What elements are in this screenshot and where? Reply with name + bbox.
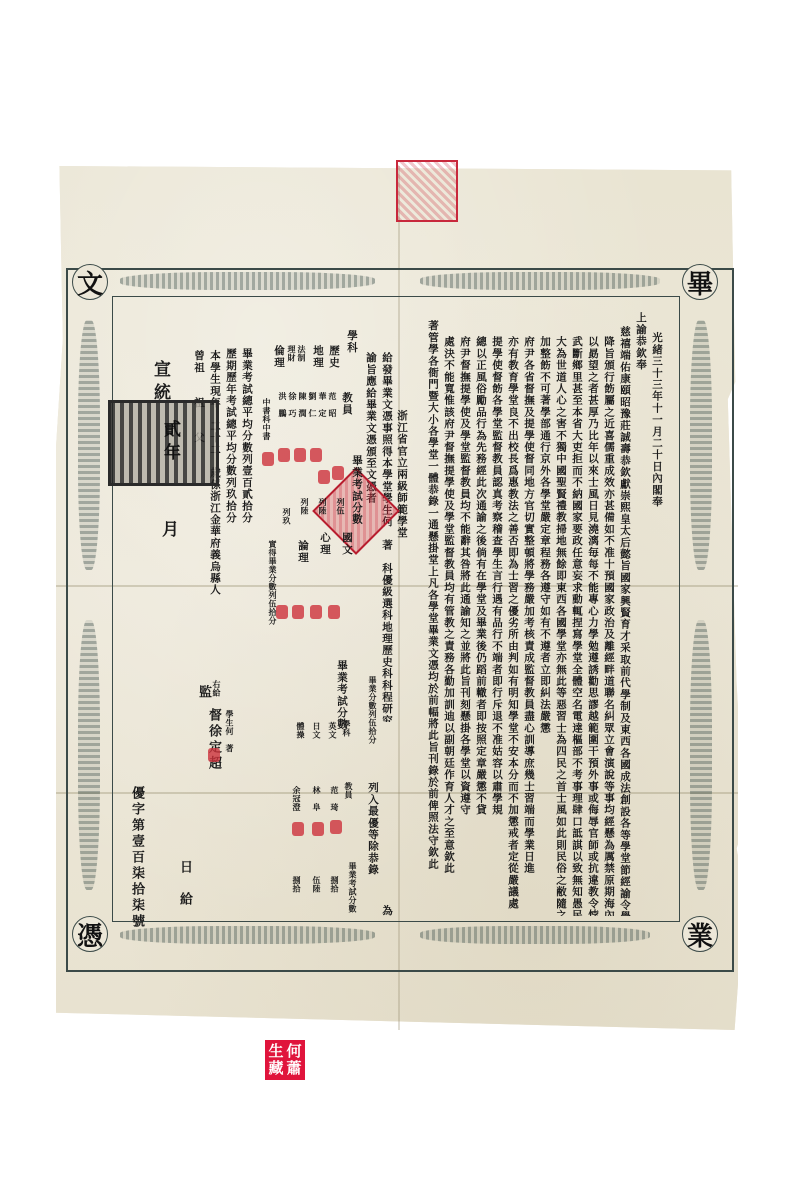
teacher-seal-lower	[330, 820, 342, 834]
teachers-heading: 教員	[340, 392, 353, 415]
era-month: 月	[158, 520, 178, 543]
dragon-band-left-upper	[78, 320, 100, 570]
edict-column: 亦有教育學堂良不出校長爲惠教法之善否即為士習之優劣所由判如有明知學堂不安本分而不…	[506, 336, 519, 916]
subject-pe: 體操	[296, 722, 306, 739]
score-value: 列陸	[300, 498, 310, 515]
score-value-bottom: 伍陸	[312, 876, 322, 893]
score-value-bottom: 捌拾	[292, 876, 302, 893]
subject-heading-lower: 學科	[342, 720, 352, 737]
teacher-name-lower: 范 琦	[330, 786, 340, 812]
edict-column: 降旨頒行飭屬之近喜儒重成效亦甚備如不准十預國家政治及離經畔道聯名糾眾立會演說等事…	[602, 336, 615, 916]
score-value: 列玖	[282, 508, 292, 525]
subject-japanese: 日文	[312, 722, 322, 739]
certificate-number: 優字第壹百柒拾柒號	[128, 786, 144, 930]
teacher-name: 華 定	[318, 392, 328, 418]
dragon-band-top-right	[420, 272, 660, 290]
score-value-bottom: 捌拾	[330, 876, 340, 893]
teacher-seal	[278, 448, 290, 462]
dragon-band-top-left	[120, 272, 375, 290]
edict-column: 府尹督撫提學使及學堂監督教員均不能辭其咎將此通諭知之並將此旨刊刻懸掛各學堂以資遵…	[458, 336, 471, 916]
dragon-band-left-lower	[78, 620, 100, 890]
school-name: 浙江省官立兩級師範學堂	[395, 410, 408, 539]
given-label: 給	[176, 892, 192, 908]
edict-heading: 上諭恭欽奉	[634, 312, 647, 371]
teacher-name-lower: 余冠澄	[292, 786, 302, 812]
graduation-score-lower: 畢業分數列伍拾分	[368, 676, 378, 744]
rank-seal	[328, 605, 340, 619]
edict-column: 總以正風俗勵品行為先務經此次通諭之後倘有在學堂及畢業後仍蹈前轍者即按照定章嚴懲不…	[474, 336, 487, 916]
subjects-heading: 學科	[345, 330, 358, 353]
score-value: 列陸	[318, 498, 328, 515]
teacher-seal	[294, 448, 306, 462]
teacher-seal	[262, 452, 274, 466]
seal-char: 藏	[267, 1060, 285, 1077]
score-value: 列伍	[336, 498, 346, 515]
teacher-name: 劉 仁	[308, 392, 318, 418]
teacher-seal-lower	[312, 822, 324, 836]
corner-character-bottom-right: 業	[682, 916, 718, 952]
subject-finance: 理財	[287, 345, 297, 362]
subject-logic: 論理	[296, 540, 309, 563]
teacher-name-lower: 林 阜	[312, 786, 322, 812]
subject-chinese: 國文	[340, 532, 353, 555]
teacher-seal-lower	[292, 822, 304, 836]
supervisor-label: 監	[195, 685, 211, 701]
subject-history: 歷史	[327, 345, 340, 368]
seal-char: 生	[267, 1043, 285, 1060]
rank-seal	[276, 605, 288, 619]
edict-column: 提學使督飭各學堂監督教員認真考察稽查學生言行遇有品行不端者即行斥退不准姑容以肅學…	[490, 336, 503, 916]
teachers-heading-lower: 教員	[344, 782, 354, 799]
dragon-band-bottom-left	[120, 926, 375, 944]
collector-seal: 生 何 藏 蕭	[265, 1040, 305, 1080]
edict-column: 處決不能寬惟該府尹督撫提學使及學堂監督教員均有管教之責務各勤加訓迪以副朝廷作育人…	[442, 336, 455, 916]
era-year: 貳年	[160, 420, 180, 466]
teacher-name: 洪 鵬	[278, 392, 288, 418]
corner-character-bottom-left: 憑	[72, 916, 108, 952]
edict-column: 以勗望之者甚厚乃比年以來士風日見澆漓毎每不能專心力學勉遵誘勸思謬越範圍干預外事或…	[586, 336, 599, 916]
subject-law: 法制	[297, 345, 307, 362]
teacher-seal	[310, 448, 322, 462]
student-name: 學生何 著	[225, 710, 235, 753]
teacher-seal	[318, 470, 330, 484]
teacher-name: 徐 巧	[288, 392, 298, 418]
day-label: 日	[176, 860, 192, 876]
rank-seal	[292, 605, 304, 619]
teacher-name: 陳 潤	[298, 392, 308, 418]
graduate-rank: 列入最優等除恭錄	[366, 782, 379, 876]
edict-column: 府尹各省督撫及提學使督同地方官切實整頓將學務嚴加考核責成監督教員盡心訓導庶幾士習…	[522, 336, 535, 916]
edict-date-line: 光緒三十三年十一月二十日內閣奉	[650, 332, 663, 508]
exam-score-label: 畢業考試分數	[350, 455, 363, 525]
subject-ethics: 倫理	[272, 345, 285, 368]
edict-column: 大為世道人心之害不獨中國聖賢禮教掃地無餘即東西各國學堂亦無此等惡習士為四民之首士…	[554, 336, 567, 916]
edict-column: 加整飭不可著學部通行京外各學堂嚴定章程務各遵守如有不遵者立即糾法嚴懲	[538, 336, 551, 916]
seal-char: 蕭	[285, 1060, 303, 1077]
exam-score-label-bottom: 畢業考試分數	[348, 862, 358, 913]
rank-seal	[310, 605, 322, 619]
teacher-seal	[332, 466, 344, 480]
dragon-band-right-upper	[690, 320, 712, 570]
subject-psychology: 心理	[318, 532, 331, 555]
dragon-band-right-lower	[690, 620, 712, 890]
teacher-name: 范 昭	[328, 392, 338, 418]
top-official-seal	[396, 160, 458, 222]
edict-column: 慈禧端佑康頤昭豫莊誠壽恭欽獻崇熙皇太后懿旨國家興賢育才采取前代學制及東西各國成法…	[618, 326, 631, 916]
corner-character-top-left: 文	[72, 264, 108, 300]
certification-text: 給發畢業文憑事照得本學堂學生何 著 科優級選科地理歷史科科程研究畢業計算畢業分數…	[380, 352, 393, 722]
seal-char: 何	[285, 1043, 303, 1060]
edict-column: 著管學各衙門暨大小各學堂一體恭錄一通懸掛堂上凡各學堂畢業文憑均於前幅將此旨刊錄於…	[426, 320, 439, 916]
corner-character-top-right: 畢	[682, 264, 718, 300]
subject-english: 英文	[328, 722, 338, 739]
supervisor-name: 督徐定超	[205, 708, 221, 772]
student-score-line: 畢業考試總平均分數列壹百貳拾分	[240, 348, 253, 524]
supervisor-seal	[208, 748, 220, 762]
edict-column: 武斷鄉里甚至本省大吏拒而不納國家要政任意妄求動輒捏寫學堂全體空名電達樞部不考事理…	[570, 336, 583, 916]
dragon-band-bottom-right	[420, 926, 650, 944]
principal-label: 右給	[212, 680, 222, 697]
closing-character: 為	[380, 905, 393, 917]
student-score-line: 歷期歷年考試總平均分數列玖拾分	[224, 348, 237, 524]
subject-geography: 地理	[311, 345, 324, 368]
teacher-rank: 中書科中書	[262, 398, 272, 441]
